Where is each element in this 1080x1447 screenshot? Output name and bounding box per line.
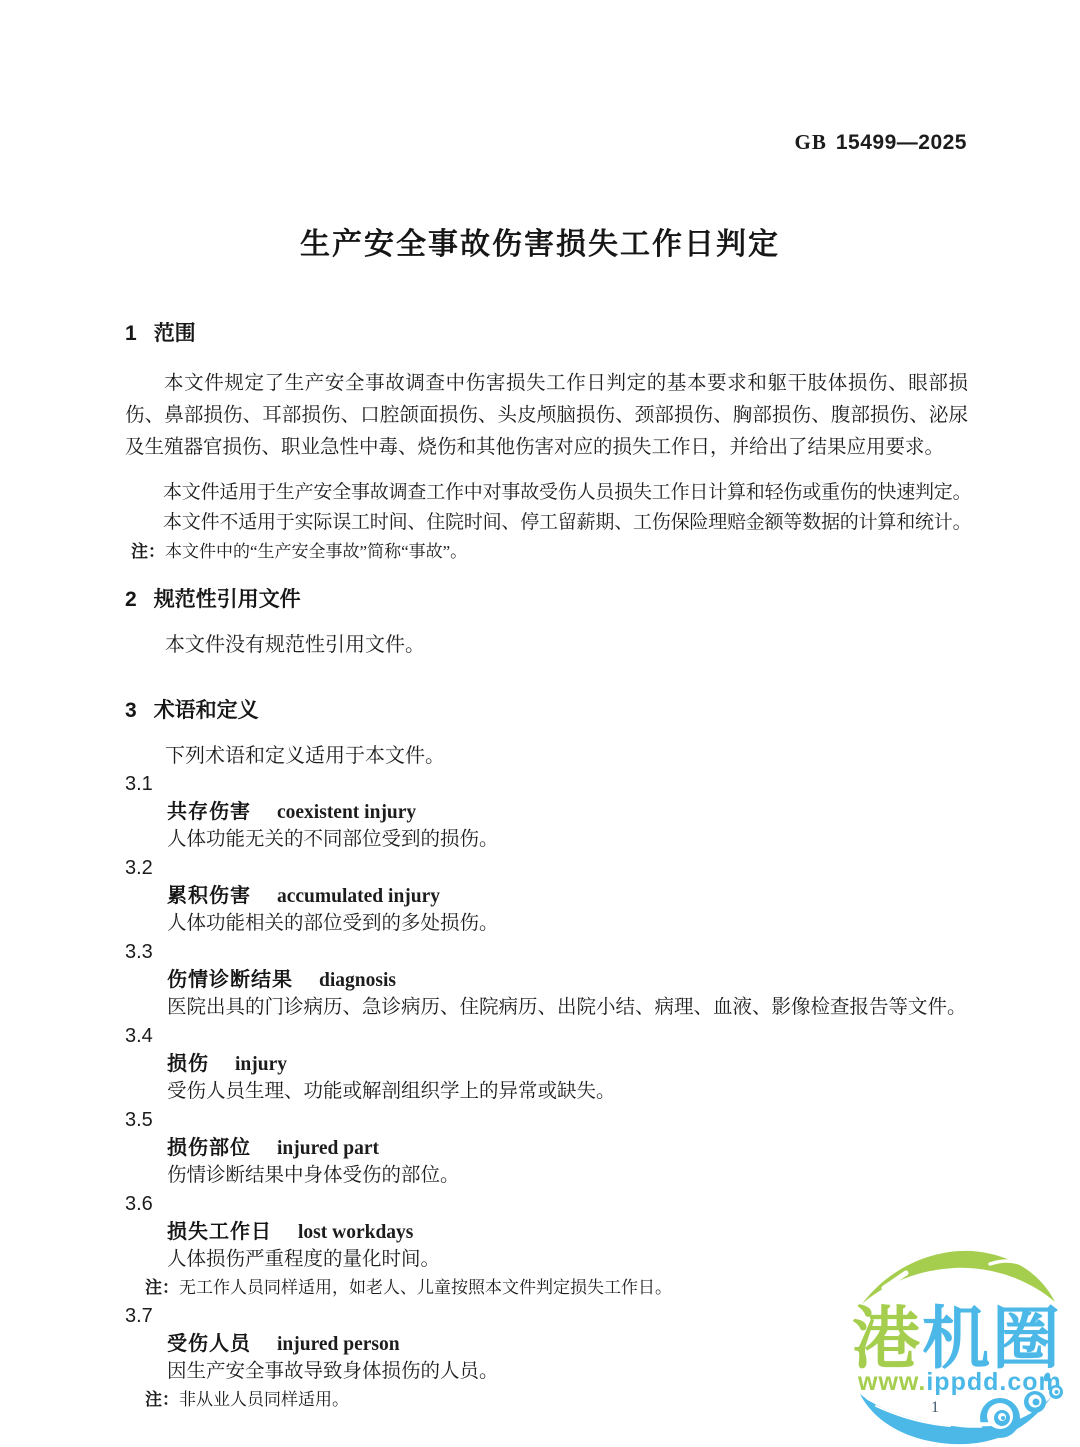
term-definition: 人体功能无关的不同部位受到的损伤。: [125, 826, 968, 854]
term-definition: 医院出具的门诊病历、急诊病历、住院病历、出院小结、病理、血液、影像检查报告等文件…: [125, 994, 968, 1022]
term-definition: 受伤人员生理、功能或解剖组织学上的异常或缺失。: [125, 1078, 968, 1106]
standard-prefix: GB: [795, 130, 827, 154]
watermark-url-prefix: www.: [857, 1368, 926, 1396]
section-heading-scope: 1范围: [125, 317, 196, 347]
scope-note: 注：本文件中的“生产安全事故”简称“事故”。: [131, 537, 467, 562]
term-number: 3.1: [125, 770, 968, 798]
watermark-url-suffix: ippdd.com: [926, 1368, 1061, 1396]
term-name-line: 共存伤害coexistent injury: [125, 798, 968, 826]
term-name-zh: 受伤人员: [167, 1333, 251, 1355]
term-name-line: 损伤injury: [125, 1050, 968, 1078]
term-name-zh: 损失工作日: [167, 1221, 272, 1243]
brand-char-2: 机: [922, 1301, 990, 1377]
term-name-zh: 伤情诊断结果: [167, 969, 293, 991]
page-title: 生产安全事故伤害损失工作日判定: [0, 219, 1080, 263]
term-item: 3.4 损伤injury 受伤人员生理、功能或解剖组织学上的异常或缺失。: [125, 1022, 968, 1106]
brand-char-3: 圈: [992, 1301, 1060, 1377]
term-number: 3.5: [125, 1106, 968, 1134]
term-number: 3.3: [125, 938, 968, 966]
term-name-line: 损伤部位injured part: [125, 1134, 968, 1162]
scope-paragraph-2: 本文件适用于生产安全事故调查工作中对事故受伤人员损失工作日计算和轻伤或重伤的快速…: [125, 477, 971, 504]
document-page: GB15499—2025 生产安全事故伤害损失工作日判定 1范围 本文件规定了生…: [0, 0, 1080, 1447]
term-definition: 伤情诊断结果中身体受伤的部位。: [125, 1162, 968, 1190]
section-label: 规范性引用文件: [154, 588, 301, 611]
term-name-line: 伤情诊断结果diagnosis: [125, 966, 968, 994]
note-label: 注：: [145, 1390, 179, 1409]
section-number: 1: [125, 322, 137, 345]
note-text: 无工作人员同样适用，如老人、儿童按照本文件判定损失工作日。: [179, 1278, 672, 1297]
note-text: 非从业人员同样适用。: [179, 1390, 349, 1409]
note-label: 注：: [145, 1278, 179, 1297]
term-item: 3.5 损伤部位injured part 伤情诊断结果中身体受伤的部位。: [125, 1106, 968, 1190]
term-name-zh: 共存伤害: [167, 801, 251, 823]
section-heading-terms: 3术语和定义: [125, 694, 259, 724]
watermark-logo: 港 机 圈 www.ippdd.com: [842, 1246, 1074, 1446]
standard-number: GB15499—2025: [795, 130, 967, 155]
section-label: 范围: [154, 322, 196, 345]
term-number: 3.2: [125, 854, 968, 882]
term-name-en: injured part: [277, 1138, 379, 1159]
term-name-zh: 损伤: [167, 1053, 209, 1075]
term-name-line: 损失工作日lost workdays: [125, 1218, 968, 1246]
scope-paragraph-3: 本文件不适用于实际误工时间、住院时间、停工留薪期、工伤保险理赔金额等数据的计算和…: [125, 507, 971, 534]
term-name-zh: 累积伤害: [167, 885, 251, 907]
term-name-en: accumulated injury: [277, 886, 440, 907]
term-item: 3.1 共存伤害coexistent injury 人体功能无关的不同部位受到的…: [125, 770, 968, 854]
terms-intro: 下列术语和定义适用于本文件。: [125, 739, 445, 768]
section-heading-references: 2规范性引用文件: [125, 583, 301, 613]
term-name-en: injury: [235, 1054, 287, 1075]
term-name-en: lost workdays: [298, 1222, 413, 1243]
term-name-zh: 损伤部位: [167, 1137, 251, 1159]
note-label: 注：: [131, 542, 165, 561]
term-item: 3.3 伤情诊断结果diagnosis 医院出具的门诊病历、急诊病历、住院病历、…: [125, 938, 968, 1022]
section-number: 2: [125, 588, 137, 611]
section-label: 术语和定义: [154, 699, 259, 722]
page-number: 1: [931, 1399, 939, 1417]
term-number: 3.4: [125, 1022, 968, 1050]
section-number: 3: [125, 699, 137, 722]
term-name-en: diagnosis: [319, 970, 396, 991]
term-definition: 人体功能相关的部位受到的多处损伤。: [125, 910, 968, 938]
watermark-top-wave-icon: [862, 1251, 1055, 1304]
standard-code: 15499—2025: [836, 131, 967, 154]
brand-char-1: 港: [852, 1301, 920, 1377]
note-text: 本文件中的“生产安全事故”简称“事故”。: [165, 542, 467, 561]
term-name-line: 累积伤害accumulated injury: [125, 882, 968, 910]
references-paragraph: 本文件没有规范性引用文件。: [125, 628, 425, 657]
watermark-brand-text: 港 机 圈: [852, 1301, 1060, 1377]
scope-paragraph-1: 本文件规定了生产安全事故调查中伤害损失工作日判定的基本要求和躯干肢体损伤、眼部损…: [125, 368, 968, 464]
term-number: 3.6: [125, 1190, 968, 1218]
term-name-en: coexistent injury: [277, 802, 416, 823]
term-name-en: injured person: [277, 1334, 400, 1355]
term-item: 3.2 累积伤害accumulated injury 人体功能相关的部位受到的多…: [125, 854, 968, 938]
